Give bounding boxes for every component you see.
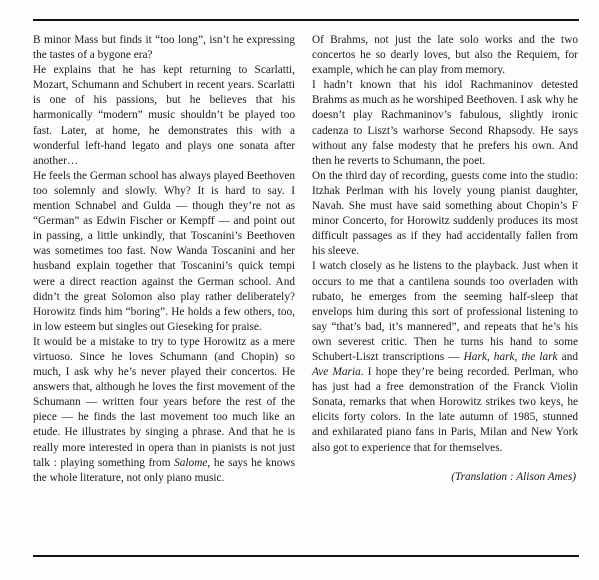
bottom-rule (33, 555, 579, 557)
text-run: It would be a mistake to try to type Hor… (33, 336, 295, 469)
paragraph: He explains that he has kept returning t… (33, 63, 295, 169)
paragraph: He feels the German school has always pl… (33, 169, 295, 335)
text-run: . I hope they’re being recorded. Perlman… (312, 366, 578, 453)
translation-credit: (Translation : Alison Ames) (312, 470, 578, 485)
text-run: and (558, 351, 578, 363)
top-rule (33, 19, 579, 21)
paragraph: I watch closely as he listens to the pla… (312, 259, 578, 455)
italic-title: Salome (174, 457, 207, 469)
right-column: Of Brahms, not just the late solo works … (312, 33, 578, 485)
paragraph: B minor Mass but finds it “too long”, is… (33, 33, 295, 63)
paragraph: Of Brahms, not just the late solo works … (312, 33, 578, 78)
paragraph: On the third day of recording, guests co… (312, 169, 578, 260)
text-run: I watch closely as he listens to the pla… (312, 260, 578, 363)
paragraph: It would be a mistake to try to type Hor… (33, 335, 295, 486)
italic-title: Ave Maria (312, 366, 361, 378)
italic-title: Hark, hark, the lark (464, 351, 558, 363)
left-column: B minor Mass but finds it “too long”, is… (33, 33, 295, 486)
paragraph: I hadn’t known that his idol Rachmaninov… (312, 78, 578, 169)
